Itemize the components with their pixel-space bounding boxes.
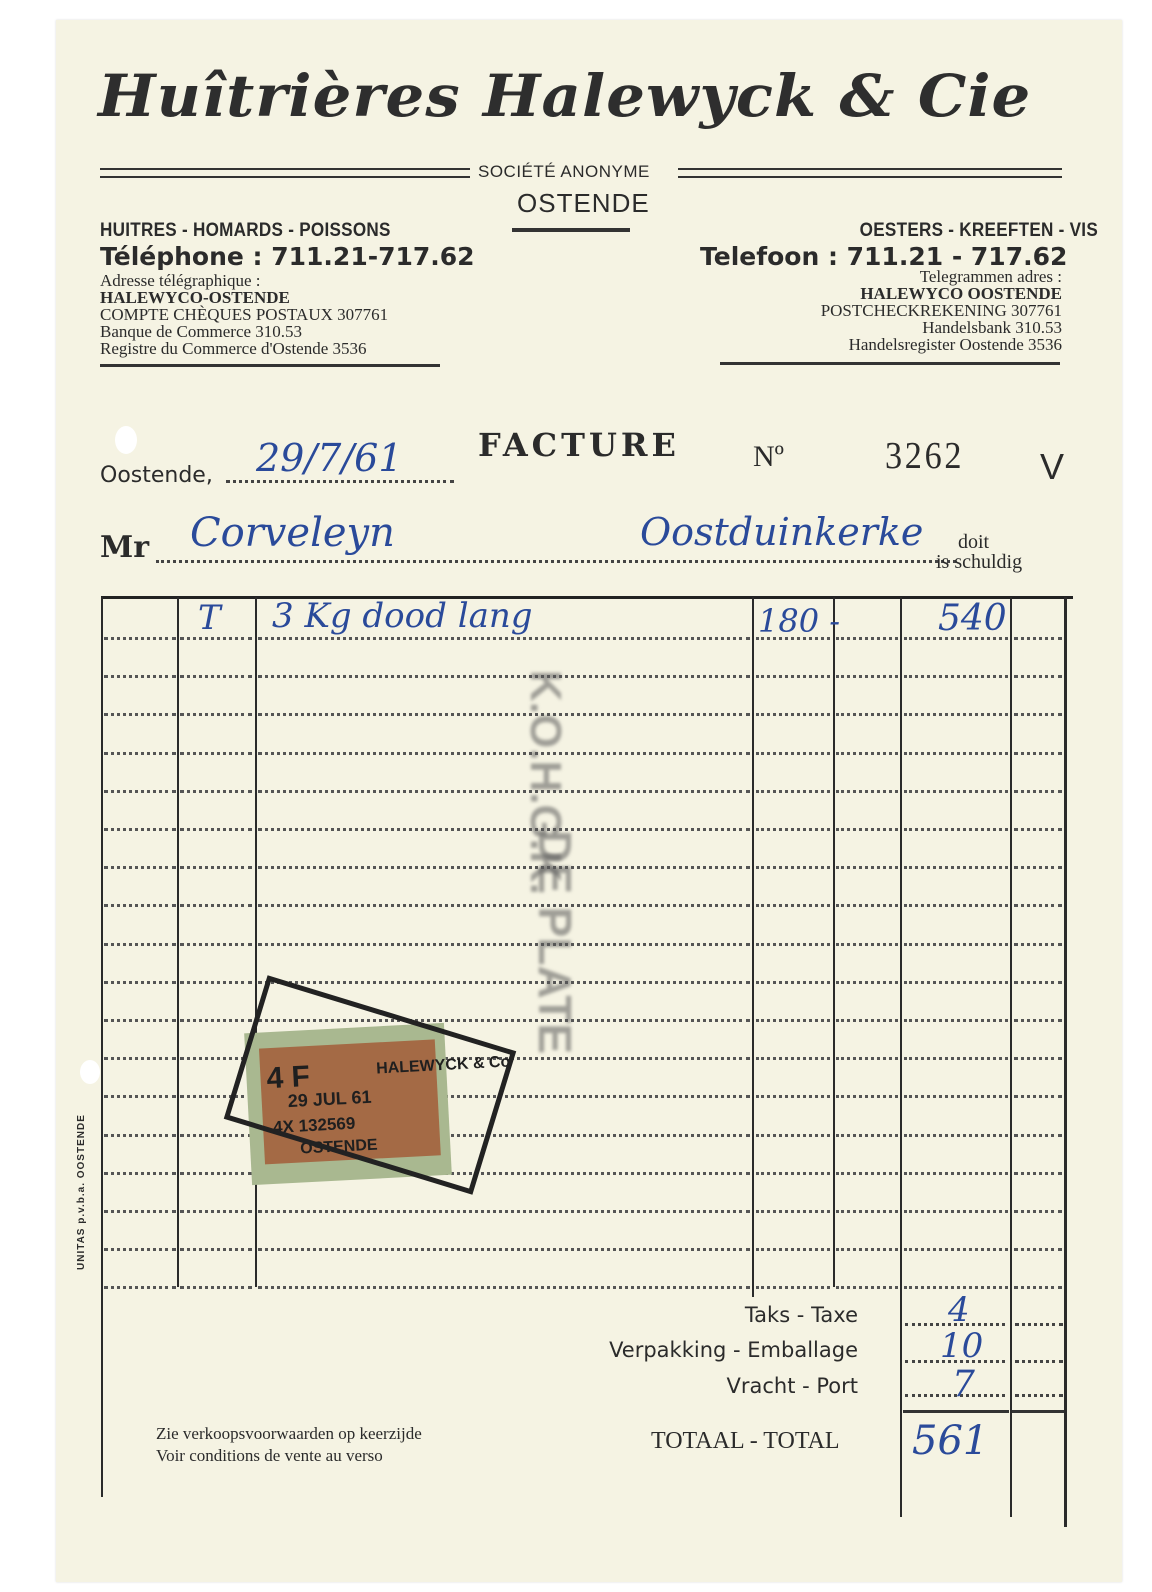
row-dotted-line	[836, 1019, 898, 1022]
row-dotted-line	[904, 904, 1008, 907]
row-dotted-line	[258, 828, 750, 831]
row-dotted-line	[836, 904, 898, 907]
row-dotted-line	[1014, 752, 1062, 755]
row-dotted-line	[836, 1248, 898, 1251]
row-dotted-line	[836, 1095, 898, 1098]
freight-dots-cents	[1015, 1394, 1063, 1397]
row-dotted-line	[1014, 943, 1062, 946]
phone-fr: Téléphone : 711.21-717.62	[100, 242, 475, 271]
row-dotted-line	[904, 1095, 1008, 1098]
row-dotted-line	[180, 1019, 252, 1022]
row-dotted-line	[904, 866, 1008, 869]
row-dotted-line	[104, 904, 176, 907]
row-dotted-line	[756, 1057, 830, 1060]
item-description: 3 Kg dood lang	[272, 596, 533, 636]
place-label: Oostende,	[100, 463, 213, 488]
row-dotted-line	[258, 943, 750, 946]
row-dotted-line	[104, 1057, 176, 1060]
row-dotted-line	[180, 713, 252, 716]
row-dotted-line	[756, 675, 830, 678]
row-dotted-line	[836, 828, 898, 831]
row-dotted-line	[904, 1134, 1008, 1137]
row-dotted-line	[756, 1286, 830, 1289]
row-dotted-line	[258, 1210, 750, 1213]
telegraph-nl: HALEWYCO OOSTENDE	[700, 285, 1062, 302]
row-dotted-line	[104, 790, 176, 793]
row-dotted-line	[756, 828, 830, 831]
col-line-0	[101, 597, 103, 1497]
customer-label: Mr	[100, 530, 149, 565]
item-unit-price: 180 -	[758, 602, 840, 640]
right-info-rule	[720, 362, 1060, 365]
legal-form: SOCIÉTÉ ANONYME	[478, 162, 650, 182]
row-dotted-line	[104, 1019, 176, 1022]
total-label: TOTAAL - TOTAL	[651, 1428, 840, 1455]
col-line-1	[177, 597, 179, 1287]
row-dotted-line	[756, 981, 830, 984]
row-dotted-line	[104, 637, 176, 640]
row-dotted-line	[1014, 904, 1062, 907]
row-dotted-line	[180, 1210, 252, 1213]
handwritten-date: 29/7/61	[256, 436, 403, 480]
row-dotted-line	[904, 828, 1008, 831]
row-dotted-line	[1014, 1095, 1062, 1098]
row-dotted-line	[756, 1019, 830, 1022]
row-dotted-line	[1014, 637, 1062, 640]
row-dotted-line	[1014, 866, 1062, 869]
row-dotted-line	[180, 1286, 252, 1289]
row-dotted-line	[1014, 828, 1062, 831]
row-dotted-line	[104, 981, 176, 984]
row-dotted-line	[836, 1286, 898, 1289]
row-dotted-line	[836, 943, 898, 946]
row-dotted-line	[104, 713, 176, 716]
row-dotted-line	[756, 1248, 830, 1251]
row-dotted-line	[1014, 790, 1062, 793]
col-line-6	[1010, 597, 1012, 1517]
city-underline	[512, 228, 630, 232]
row-dotted-line	[836, 1057, 898, 1060]
packing-value: 10	[940, 1326, 983, 1366]
row-dotted-line	[836, 637, 898, 640]
row-dotted-line	[258, 713, 750, 716]
row-dotted-line	[756, 790, 830, 793]
punch-hole-top	[115, 426, 137, 454]
row-dotted-line	[756, 1134, 830, 1137]
row-dotted-line	[836, 675, 898, 678]
row-dotted-line	[258, 637, 750, 640]
row-dotted-line	[904, 1172, 1008, 1175]
row-dotted-line	[180, 904, 252, 907]
row-dotted-line	[104, 1210, 176, 1213]
item-code: T	[198, 598, 221, 638]
row-dotted-line	[180, 981, 252, 984]
invoice-series: V	[1040, 446, 1064, 488]
row-dotted-line	[104, 943, 176, 946]
col-line-4	[833, 597, 835, 1287]
printer-imprint: UNITAS p.v.b.a. OOSTENDE	[76, 1114, 87, 1270]
terms-note-nl: Zie verkoopsvoorwaarden op keerzijde	[156, 1424, 422, 1444]
freight-value: 7	[952, 1364, 975, 1405]
row-dotted-line	[904, 790, 1008, 793]
bank-nl: Handelsbank 310.53	[700, 319, 1062, 336]
telegraph-fr: HALEWYCO-OSTENDE	[100, 289, 290, 306]
date-dotted-line	[226, 480, 454, 483]
total-rule-cents	[1012, 1410, 1064, 1413]
row-dotted-line	[1014, 1210, 1062, 1213]
row-dotted-line	[756, 866, 830, 869]
row-dotted-line	[904, 1210, 1008, 1213]
row-dotted-line	[1014, 1057, 1062, 1060]
row-dotted-line	[756, 904, 830, 907]
row-dotted-line	[180, 943, 252, 946]
row-dotted-line	[836, 1134, 898, 1137]
row-dotted-line	[756, 1172, 830, 1175]
row-dotted-line	[756, 752, 830, 755]
postal-account-fr: COMPTE CHÈQUES POSTAUX 307761	[100, 306, 388, 323]
col-line-5	[900, 597, 902, 1517]
row-dotted-line	[258, 675, 750, 678]
row-dotted-line	[258, 866, 750, 869]
row-dotted-line	[756, 713, 830, 716]
row-dotted-line	[904, 1057, 1008, 1060]
customer-dotted-line	[156, 560, 956, 563]
owes-nl: is schuldig	[936, 552, 1022, 572]
row-dotted-line	[1014, 981, 1062, 984]
row-dotted-line	[836, 713, 898, 716]
row-dotted-line	[180, 1172, 252, 1175]
bank-fr: Banque de Commerce 310.53	[100, 323, 302, 340]
header-double-rule-left	[100, 168, 470, 178]
row-dotted-line	[836, 866, 898, 869]
company-name: Huîtrières Halewyck & Cie	[98, 62, 1031, 130]
handwritten-customer-place: Oostduinkerke	[640, 510, 923, 554]
handwritten-customer-name: Corveleyn	[190, 510, 395, 556]
row-dotted-line	[1014, 1134, 1062, 1137]
row-dotted-line	[904, 943, 1008, 946]
invoice-number: 3262	[885, 434, 964, 478]
row-dotted-line	[904, 1019, 1008, 1022]
row-dotted-line	[904, 1286, 1008, 1289]
row-dotted-line	[180, 752, 252, 755]
total-rule	[903, 1410, 1009, 1413]
row-dotted-line	[904, 981, 1008, 984]
row-dotted-line	[180, 866, 252, 869]
row-dotted-line	[104, 752, 176, 755]
tax-label: Taks - Taxe	[600, 1303, 858, 1327]
left-info-rule	[100, 364, 440, 367]
company-city: OSTENDE	[517, 188, 650, 219]
row-dotted-line	[104, 1248, 176, 1251]
packing-dots-cents	[1015, 1360, 1063, 1363]
row-dotted-line	[904, 1248, 1008, 1251]
packing-label: Verpakking - Emballage	[600, 1338, 858, 1362]
row-dotted-line	[104, 1134, 176, 1137]
row-dotted-line	[1014, 713, 1062, 716]
header-double-rule-right	[678, 168, 1062, 178]
row-dotted-line	[180, 1134, 252, 1137]
tax-value: 4	[948, 1290, 970, 1330]
register-nl: Handelsregister Oostende 3536	[700, 336, 1062, 353]
row-dotted-line	[104, 1286, 176, 1289]
row-dotted-line	[756, 1095, 830, 1098]
row-dotted-line	[180, 1248, 252, 1251]
invoice-number-label: Nº	[753, 440, 784, 474]
col-line-3	[752, 597, 754, 1297]
row-dotted-line	[104, 828, 176, 831]
row-dotted-line	[1014, 1019, 1062, 1022]
row-dotted-line	[1014, 1172, 1062, 1175]
row-dotted-line	[258, 790, 750, 793]
row-dotted-line	[180, 675, 252, 678]
row-dotted-line	[1014, 1248, 1062, 1251]
row-dotted-line	[1014, 1286, 1062, 1289]
tax-dots-cents	[1015, 1323, 1063, 1326]
products-fr: HUITRES - HOMARDS - POISSONS	[100, 220, 391, 242]
row-dotted-line	[756, 943, 830, 946]
invoice-title: FACTURE	[478, 426, 680, 464]
terms-note-fr: Voir conditions de vente au verso	[156, 1446, 383, 1466]
row-dotted-line	[258, 981, 750, 984]
register-fr: Registre du Commerce d'Ostende 3536	[100, 340, 367, 357]
telegraph-label-nl: Telegrammen adres :	[700, 268, 1062, 285]
row-dotted-line	[1014, 675, 1062, 678]
watermark-de-plate: DE PLATE	[528, 830, 582, 1054]
row-dotted-line	[904, 675, 1008, 678]
freight-label: Vracht - Port	[600, 1374, 858, 1398]
row-dotted-line	[258, 1286, 750, 1289]
row-dotted-line	[104, 675, 176, 678]
owes-label: doit is schuldig	[958, 532, 1022, 572]
col-line-7	[1064, 597, 1067, 1527]
row-dotted-line	[836, 1210, 898, 1213]
table-top-rule	[101, 596, 1073, 599]
row-dotted-line	[258, 904, 750, 907]
row-dotted-line	[104, 1095, 176, 1098]
products-nl: OESTERS - KREEFTEN - VIS	[780, 220, 1098, 242]
row-dotted-line	[258, 752, 750, 755]
row-dotted-line	[104, 1172, 176, 1175]
row-dotted-line	[756, 1210, 830, 1213]
row-dotted-line	[180, 828, 252, 831]
row-dotted-line	[836, 1172, 898, 1175]
telegraph-label-fr: Adresse télégraphique :	[100, 272, 261, 289]
row-dotted-line	[104, 866, 176, 869]
row-dotted-line	[836, 752, 898, 755]
punch-hole-bottom	[80, 1060, 100, 1084]
total-value: 561	[912, 1418, 988, 1464]
postal-account-nl: POSTCHECKREKENING 307761	[700, 302, 1062, 319]
item-amount: 540	[938, 598, 1007, 639]
row-dotted-line	[836, 790, 898, 793]
row-dotted-line	[904, 752, 1008, 755]
row-dotted-line	[904, 713, 1008, 716]
row-dotted-line	[180, 790, 252, 793]
row-dotted-line	[258, 1248, 750, 1251]
owes-fr: doit	[958, 532, 1022, 552]
row-dotted-line	[836, 981, 898, 984]
